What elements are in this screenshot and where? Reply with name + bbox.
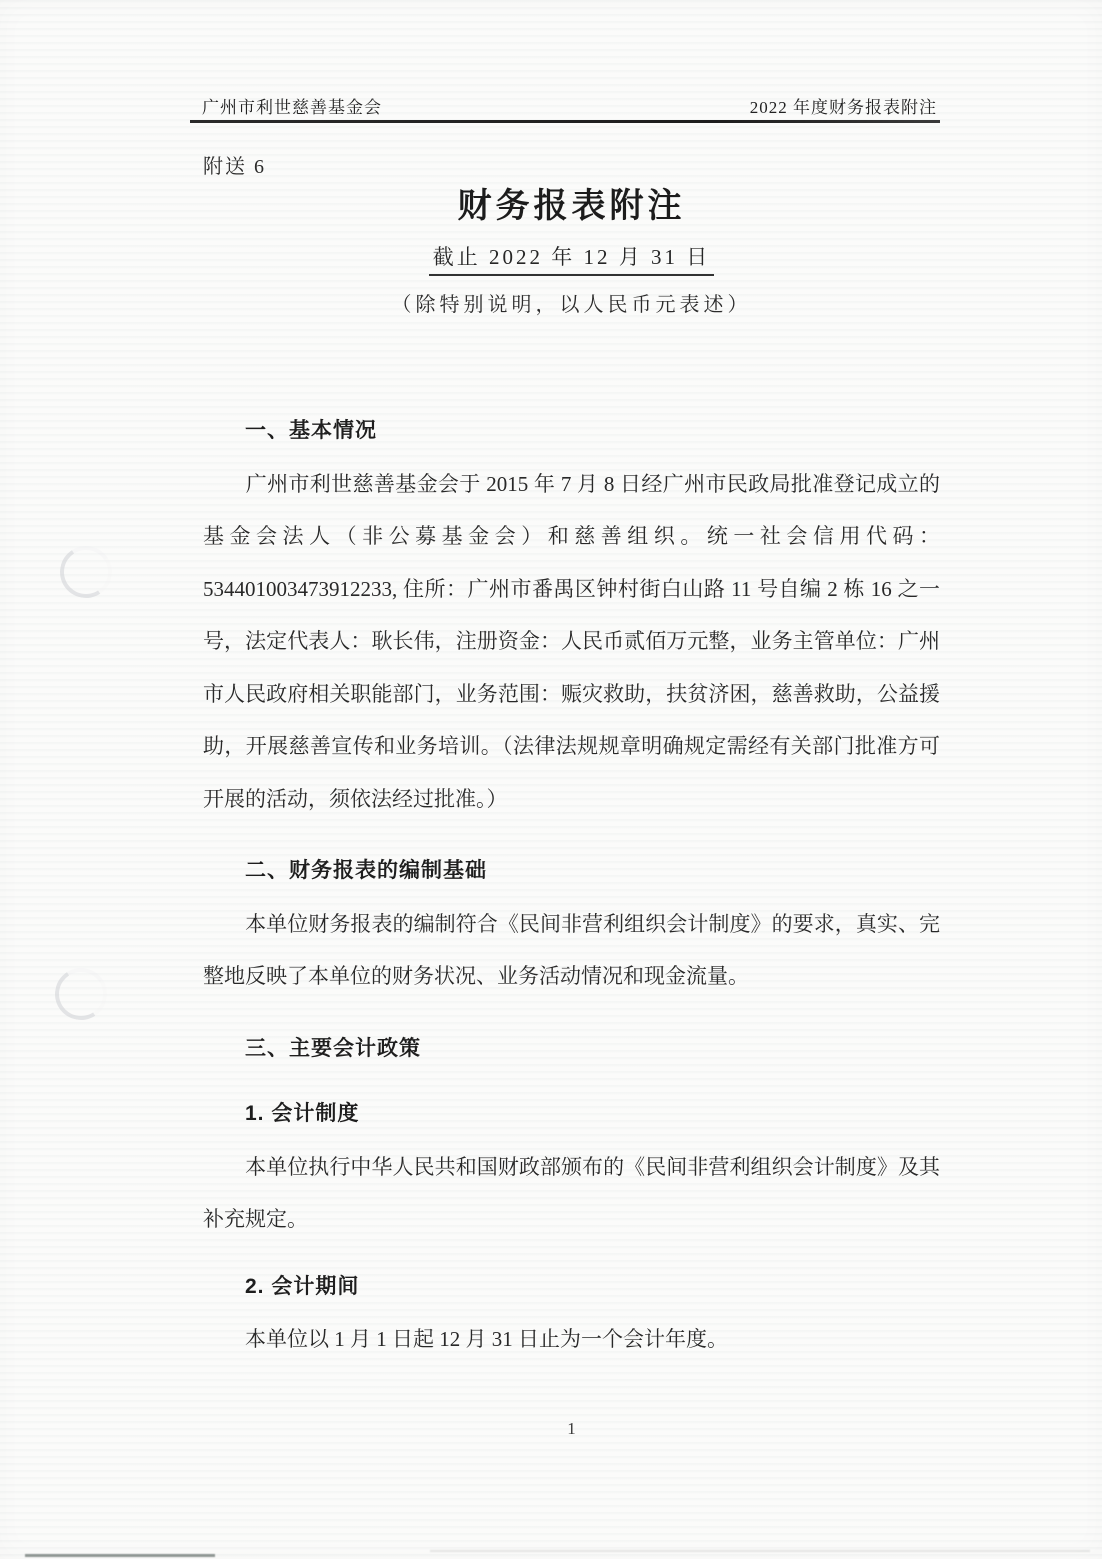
section-heading-basic-info: 一、基本情况 (203, 405, 940, 458)
header-doc-ref: 2022 年度财务报表附注 (750, 93, 937, 118)
attachment-label: 附送 6 (203, 150, 266, 179)
doc-date-row: 截止 2022 年 12 月 31 日 (203, 241, 940, 276)
paragraph-basic-info: 广州市利世慈善基金会于 2015 年 7 月 8 日经广州市民政局批准登记成立的… (203, 458, 940, 826)
text-line: 本单位财务报表的编制符合《民间非营利组织会计制度》的要求，真实、完 (203, 898, 940, 951)
subheading-accounting-system: 1. 会计制度 (203, 1088, 940, 1141)
text-line: 号，法定代表人：耿长伟，注册资金：人民币贰佰万元整，业务主管单位：广州 (203, 615, 940, 668)
text-line: 补充规定。 (203, 1193, 940, 1246)
scan-artifact (430, 1550, 1090, 1552)
doc-date-line: 截止 2022 年 12 月 31 日 (429, 241, 715, 276)
text-line: 开展的活动，须依法经过批准。） (203, 773, 940, 826)
page-number: 1 (203, 1419, 940, 1439)
text-line: 本单位以 1 月 1 日起 12 月 31 日止为一个会计年度。 (203, 1313, 940, 1366)
text-line: 基金会法人（非公募基金会）和慈善组织。统一社会信用代码： (203, 510, 940, 563)
header-org-name: 广州市利世慈善基金会 (202, 93, 382, 118)
text-line: 市人民政府相关职能部门，业务范围：赈灾救助，扶贫济困，慈善救助，公益援 (203, 668, 940, 721)
header-rule (190, 120, 940, 123)
text-line: 助，开展慈善宣传和业务培训。（法律法规规章明确规定需经有关部门批准方可 (203, 720, 940, 773)
section-heading-preparation-basis: 二、财务报表的编制基础 (203, 845, 940, 898)
text-line: 整地反映了本单位的财务状况、业务活动情况和现金流量。 (203, 950, 940, 1003)
subheading-accounting-period: 2. 会计期间 (203, 1261, 940, 1314)
text-line: 本单位执行中华人民共和国财政部颁布的《民间非营利组织会计制度》及其 (203, 1141, 940, 1194)
text-line: 广州市利世慈善基金会于 2015 年 7 月 8 日经广州市民政局批准登记成立的 (203, 458, 940, 511)
paragraph-preparation-basis: 本单位财务报表的编制符合《民间非营利组织会计制度》的要求，真实、完整地反映了本单… (203, 898, 940, 1003)
punch-hole-mark (50, 963, 112, 1025)
currency-note: （除特别说明，以人民币元表述） (203, 288, 940, 317)
scan-artifact (25, 1554, 215, 1557)
document-page: 广州市利世慈善基金会 2022 年度财务报表附注 附送 6 财务报表附注 截止 … (0, 0, 1102, 1559)
doc-title: 财务报表附注 (203, 178, 940, 227)
punch-hole-mark (55, 541, 117, 603)
text-line: 534401003473912233, 住所：广州市番禺区钟村街白山路 11 号… (203, 563, 940, 616)
paragraph-accounting-system: 本单位执行中华人民共和国财政部颁布的《民间非营利组织会计制度》及其补充规定。 (203, 1141, 940, 1246)
paragraph-accounting-period: 本单位以 1 月 1 日起 12 月 31 日止为一个会计年度。 (203, 1313, 940, 1366)
document-body: 一、基本情况 广州市利世慈善基金会于 2015 年 7 月 8 日经广州市民政局… (203, 405, 940, 1366)
section-heading-accounting-policies: 三、主要会计政策 (203, 1023, 940, 1076)
